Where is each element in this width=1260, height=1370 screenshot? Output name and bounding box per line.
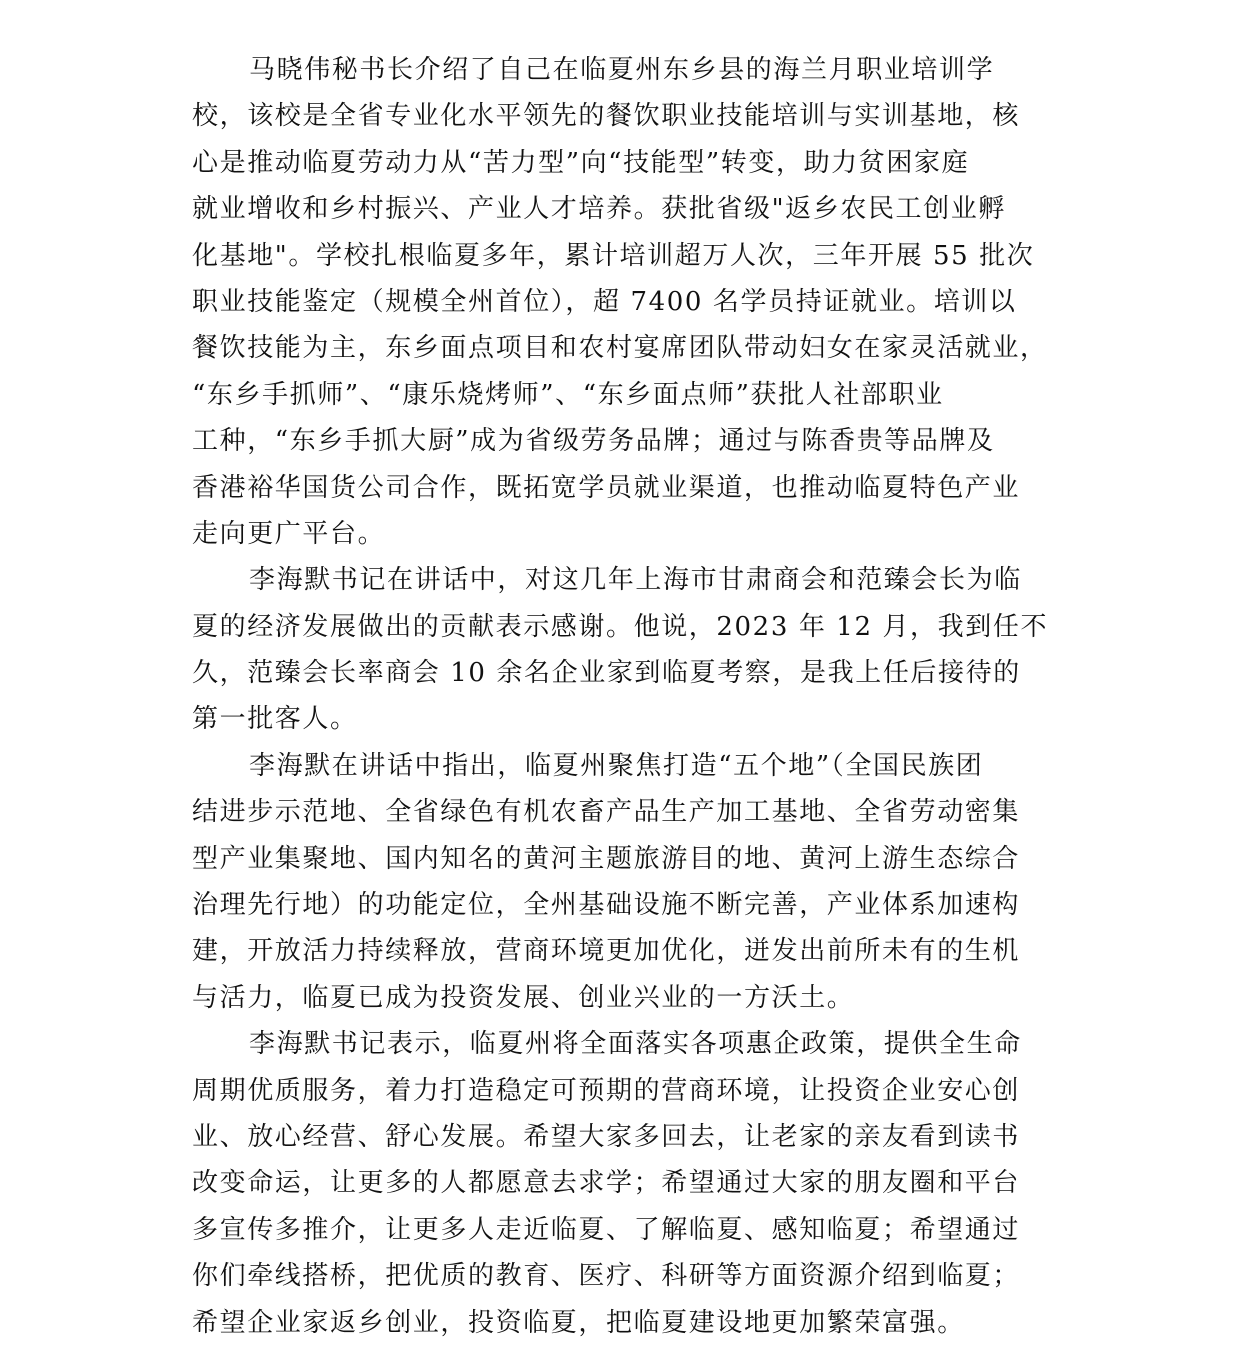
text-line: 化基地"。学校扎根临夏多年，累计培训超万人次，三年开展 55 批次 xyxy=(192,233,1072,279)
text-line: 就业增收和乡村振兴、产业人才培养。获批省级"返乡农民工创业孵 xyxy=(192,186,1072,232)
text-line: 你们牵线搭桥，把优质的教育、医疗、科研等方面资源介绍到临夏； xyxy=(192,1253,1072,1299)
text-line: 夏的经济发展做出的贡献表示感谢。他说，2023 年 12 月，我到任不 xyxy=(192,604,1072,650)
text-line: 职业技能鉴定（规模全州首位），超 7400 名学员持证就业。培训以 xyxy=(192,279,1072,325)
text-line: 李海默书记表示，临夏州将全面落实各项惠企政策，提供全生命 xyxy=(192,1021,1072,1067)
paragraph-thanks: 李海默书记在讲话中，对这几年上海市甘肃商会和范臻会长为临 夏的经济发展做出的贡献… xyxy=(192,557,1072,743)
paragraph-hopes: 李海默书记表示，临夏州将全面落实各项惠企政策，提供全生命 周期优质服务，着力打造… xyxy=(192,1021,1072,1346)
text-line: 工种，“东乡手抓大厨”成为省级劳务品牌；通过与陈香贵等品牌及 xyxy=(192,418,1072,464)
text-line: 香港裕华国货公司合作，既拓宽学员就业渠道，也推动临夏特色产业 xyxy=(192,465,1072,511)
text-line: 希望企业家返乡创业，投资临夏，把临夏建设地更加繁荣富强。 xyxy=(192,1300,1072,1346)
text-line: 改变命运，让更多的人都愿意去求学；希望通过大家的朋友圈和平台 xyxy=(192,1160,1072,1206)
text-line: 马晓伟秘书长介绍了自己在临夏州东乡县的海兰月职业培训学 xyxy=(192,47,1072,93)
text-line: 周期优质服务，着力打造稳定可预期的营商环境，让投资企业安心创 xyxy=(192,1068,1072,1114)
text-line: 李海默书记在讲话中，对这几年上海市甘肃商会和范臻会长为临 xyxy=(192,557,1072,603)
text-line: 校，该校是全省专业化水平领先的餐饮职业技能培训与实训基地，核 xyxy=(192,93,1072,139)
paragraph-five-positions: 李海默在讲话中指出，临夏州聚焦打造“五个地”（全国民族团 结进步示范地、全省绿色… xyxy=(192,743,1072,1021)
paragraph-school-introduction: 马晓伟秘书长介绍了自己在临夏州东乡县的海兰月职业培训学 校，该校是全省专业化水平… xyxy=(192,47,1072,557)
text-line: “东乡手抓师”、“康乐烧烤师”、“东乡面点师”获批人社部职业 xyxy=(192,372,1072,418)
text-line: 第一批客人。 xyxy=(192,696,1072,742)
text-line: 餐饮技能为主，东乡面点项目和农村宴席团队带动妇女在家灵活就业， xyxy=(192,325,1072,371)
text-line: 走向更广平台。 xyxy=(192,511,1072,557)
text-line: 治理先行地）的功能定位，全州基础设施不断完善，产业体系加速构 xyxy=(192,882,1072,928)
text-line: 多宣传多推介，让更多人走近临夏、了解临夏、感知临夏；希望通过 xyxy=(192,1207,1072,1253)
text-line: 建，开放活力持续释放，营商环境更加优化，迸发出前所未有的生机 xyxy=(192,928,1072,974)
text-line: 业、放心经营、舒心发展。希望大家多回去，让老家的亲友看到读书 xyxy=(192,1114,1072,1160)
text-line: 心是推动临夏劳动力从“苦力型”向“技能型”转变，助力贫困家庭 xyxy=(192,140,1072,186)
text-line: 李海默在讲话中指出，临夏州聚焦打造“五个地”（全国民族团 xyxy=(192,743,1072,789)
text-line: 型产业集聚地、国内知名的黄河主题旅游目的地、黄河上游生态综合 xyxy=(192,836,1072,882)
text-line: 结进步示范地、全省绿色有机农畜产品生产加工基地、全省劳动密集 xyxy=(192,789,1072,835)
text-line: 与活力，临夏已成为投资发展、创业兴业的一方沃土。 xyxy=(192,975,1072,1021)
document-body: 马晓伟秘书长介绍了自己在临夏州东乡县的海兰月职业培训学 校，该校是全省专业化水平… xyxy=(192,47,1072,1346)
text-line: 久，范臻会长率商会 10 余名企业家到临夏考察，是我上任后接待的 xyxy=(192,650,1072,696)
